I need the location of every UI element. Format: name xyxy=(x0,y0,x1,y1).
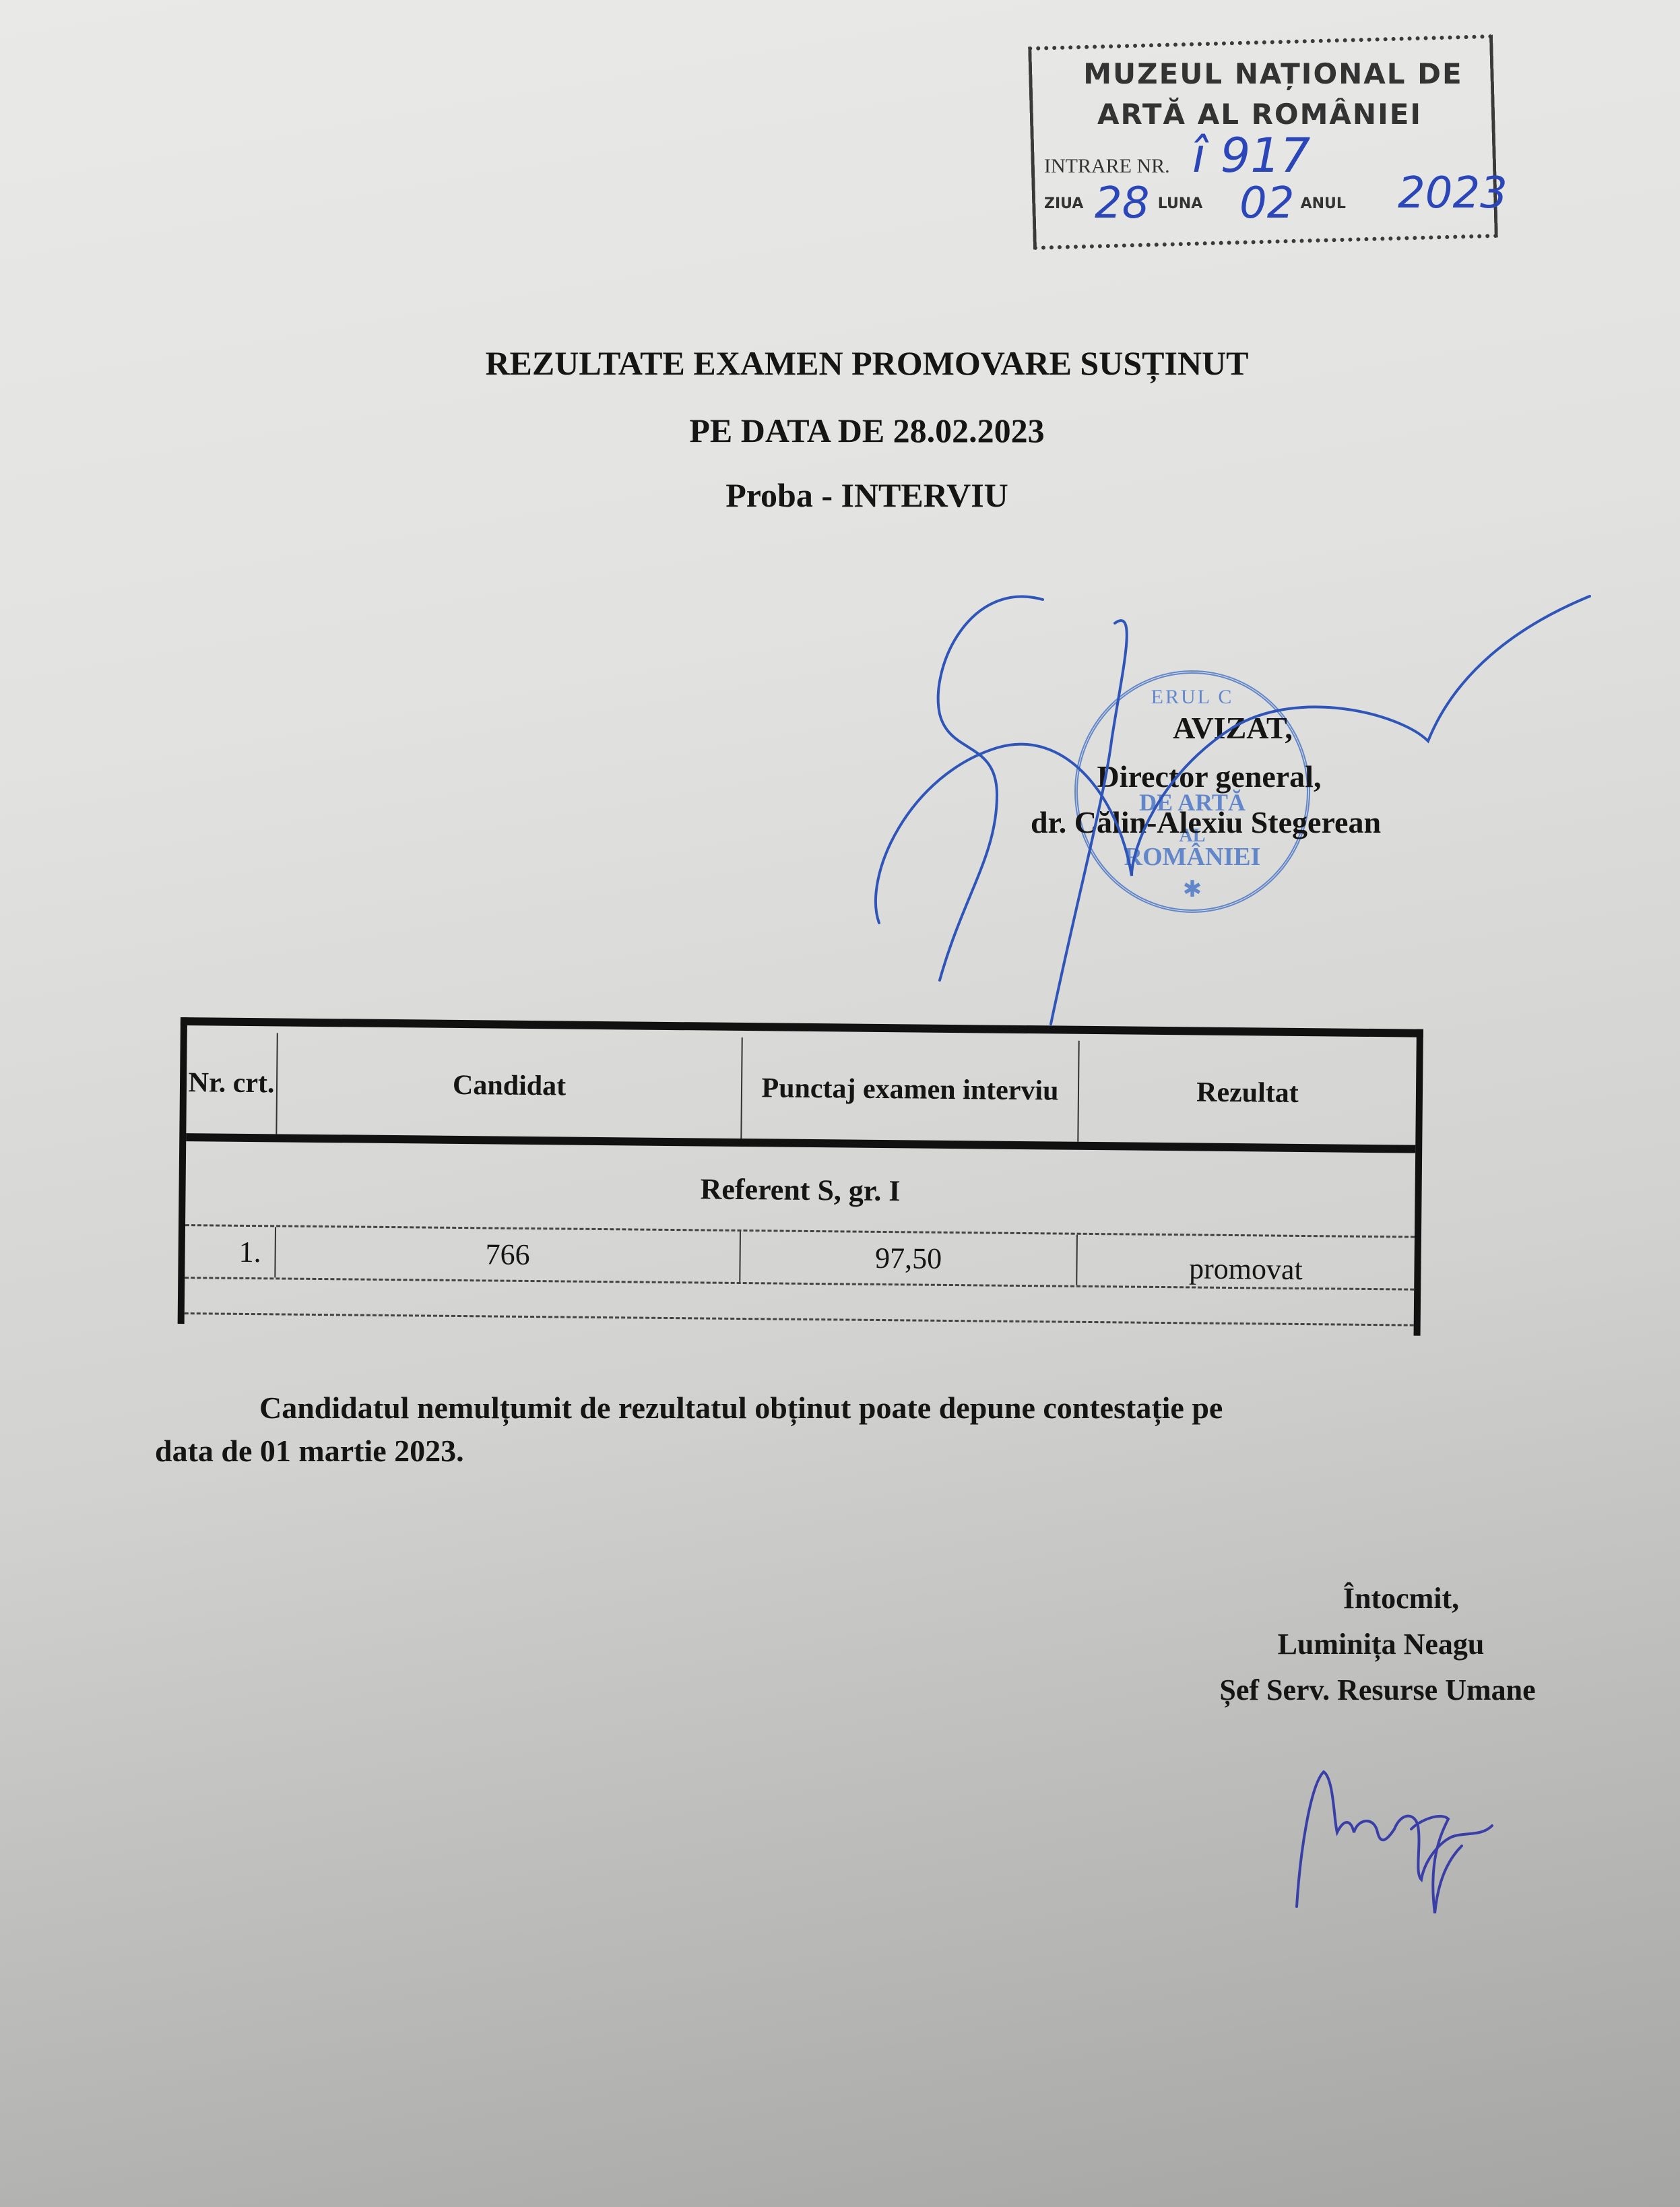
cell-nr: 1. xyxy=(185,1226,276,1277)
stamp-entry-row: INTRARE NR. xyxy=(1044,155,1170,178)
appeal-note: Candidatul nemulțumit de rezultatul obți… xyxy=(155,1386,1435,1473)
approval-label: AVIZAT, xyxy=(930,707,1536,749)
results-table: Nr. crt. Candidat Punctaj examen intervi… xyxy=(178,1017,1423,1336)
prepared-label: Întocmit, xyxy=(1186,1578,1617,1620)
table-group-row: Referent S, gr. I xyxy=(185,1143,1415,1238)
prepared-role: Șef Serv. Resurse Umane xyxy=(1162,1669,1593,1711)
stamp-day: 28 xyxy=(1095,179,1149,228)
stamp-month: 02 xyxy=(1239,179,1294,228)
seal-star-icon: ✱ xyxy=(1078,876,1307,903)
cell-candidat: 766 xyxy=(276,1227,741,1282)
stamp-entry-number: î 917 xyxy=(1192,128,1310,183)
document-title-line2: PE DATA DE 28.02.2023 xyxy=(27,411,1680,450)
stamp-date-row: ZIUA LUNA ANUL xyxy=(1044,195,1346,212)
prepared-name: Luminița Neagu xyxy=(1165,1624,1596,1665)
stamp-institution-line2: ARTĂ AL ROMÂNIEI xyxy=(1024,98,1495,131)
header-candidat: Candidat xyxy=(277,1033,742,1139)
seal-ring-text: ERUL C xyxy=(1078,686,1307,709)
header-punctaj: Punctaj examen interviu xyxy=(742,1037,1079,1142)
stamp-institution-line1: MUZEUL NAȚIONAL DE xyxy=(1037,57,1509,90)
cell-rezultat: promovat xyxy=(1077,1235,1415,1289)
stamp-year-label: ANUL xyxy=(1301,195,1346,212)
appeal-note-line2: data de 01 martie 2023. xyxy=(155,1430,1435,1473)
document-title-line3: Proba - INTERVIU xyxy=(27,476,1680,515)
stamp-month-label: LUNA xyxy=(1158,195,1203,212)
document-title-line1: REZULTATE EXAMEN PROMOVARE SUSȚINUT xyxy=(27,344,1680,383)
stamp-day-label: ZIUA xyxy=(1044,195,1083,212)
approval-role: Director general, xyxy=(906,756,1512,798)
appeal-note-line1: Candidatul nemulțumit de rezultatul obți… xyxy=(155,1386,1435,1430)
stamp-entry-label: INTRARE NR. xyxy=(1044,155,1170,177)
table-header-row: Nr. crt. Candidat Punctaj examen intervi… xyxy=(186,1032,1416,1153)
approval-name: dr. Călin-Alexiu Stegerean xyxy=(903,802,1509,843)
registration-stamp: MUZEUL NAȚIONAL DE ARTĂ AL ROMÂNIEI INTR… xyxy=(1024,27,1495,243)
cell-punctaj: 97,50 xyxy=(740,1232,1078,1285)
seal-center-line3: ROMÂNIEI xyxy=(1078,842,1307,872)
header-rezultat: Rezultat xyxy=(1078,1041,1416,1145)
header-nr-crt: Nr. crt. xyxy=(186,1032,278,1134)
stamp-year: 2023 xyxy=(1398,168,1508,218)
